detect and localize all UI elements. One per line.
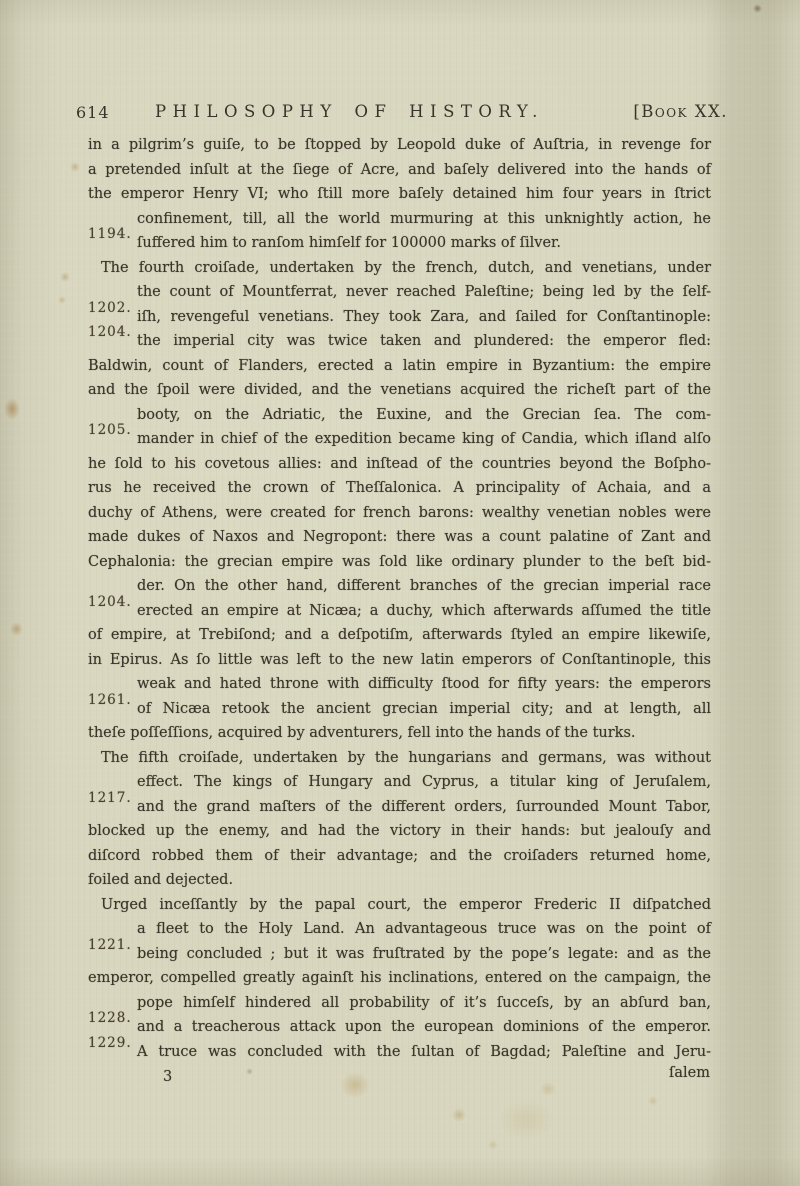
line-text: erected an empire at Nicæa; a duchy, whi… bbox=[137, 603, 711, 619]
margin-year: 1205. bbox=[88, 418, 132, 443]
margin-year: 1202. bbox=[88, 296, 132, 321]
line-text: the imperial city was twice taken and pl… bbox=[137, 333, 711, 349]
foxing-spot bbox=[753, 4, 762, 13]
foxing-spot bbox=[10, 622, 23, 636]
foxing-spot bbox=[452, 1108, 466, 1122]
foxing-spot bbox=[498, 1100, 554, 1140]
line-text: in a pilgrim’s guiſe, to be ſtopped by L… bbox=[88, 137, 711, 153]
text-line: Cephalonia: the grecian empire was ſold … bbox=[88, 550, 711, 575]
text-line: 1229. A truce was concluded with the ſul… bbox=[88, 1040, 711, 1065]
margin-year: 1261. bbox=[88, 688, 132, 713]
text-line: 1204. erected an empire at Nicæa; a duch… bbox=[88, 599, 711, 624]
text-line: diſcord robbed them of their advantage; … bbox=[88, 844, 711, 869]
line-text: The fourth croiſade, undertaken by the f… bbox=[101, 260, 711, 276]
line-text: a pretended inſult at the ſiege of Acre,… bbox=[88, 162, 711, 178]
text-line: he ſold to his covetous allies: and inſt… bbox=[88, 452, 711, 477]
line-text: of empire, at Trebiſond; and a deſpotiſm… bbox=[88, 627, 711, 643]
text-line: The fourth croiſade, undertaken by the f… bbox=[88, 256, 711, 281]
text-line: The fifth croiſade, undertaken by the hu… bbox=[88, 746, 711, 771]
line-text: of Nicæa retook the ancient grecian impe… bbox=[137, 701, 711, 717]
text-line: 1204. the imperial city was twice taken … bbox=[88, 329, 711, 354]
text-line: weak and hated throne with difficulty ſt… bbox=[88, 672, 711, 697]
text-line: a fleet to the Holy Land. An advantageou… bbox=[88, 917, 711, 942]
line-text: he ſold to his covetous allies: and inſt… bbox=[88, 456, 711, 472]
text-line: pope himſelf hindered all probability of… bbox=[88, 991, 711, 1016]
text-line: 1217. and the grand maſters of the diffe… bbox=[88, 795, 711, 820]
line-text: emperor, compelled greatly againſt his i… bbox=[88, 970, 711, 986]
line-text: booty, on the Adriatic, the Euxine, and … bbox=[137, 407, 711, 423]
text-line: a pretended inſult at the ſiege of Acre,… bbox=[88, 158, 711, 183]
line-text: ſuffered him to ranſom himſelf for 10000… bbox=[137, 235, 561, 251]
line-text: and a treacherous attack upon the europe… bbox=[137, 1019, 711, 1035]
line-text: pope himſelf hindered all probability of… bbox=[137, 995, 711, 1011]
foxing-spot bbox=[488, 1140, 498, 1150]
text-line: emperor, compelled greatly againſt his i… bbox=[88, 966, 711, 991]
foxing-spot bbox=[60, 272, 70, 282]
text-line: made dukes of Naxos and Negropont: there… bbox=[88, 525, 711, 550]
margin-year: 1221. bbox=[88, 933, 132, 958]
line-text: diſcord robbed them of their advantage; … bbox=[88, 848, 711, 864]
catchword: ſalem bbox=[669, 1061, 710, 1086]
signature-line: 3 ſalem bbox=[88, 1065, 711, 1090]
line-text: and the grand maſters of the different o… bbox=[137, 799, 711, 815]
text-line: Baldwin, count of Flanders, erected a la… bbox=[88, 354, 711, 379]
margin-year: 1204. bbox=[88, 320, 132, 345]
line-text: effect. The kings of Hungary and Cyprus,… bbox=[137, 774, 711, 790]
text-line: foiled and dejected. bbox=[88, 868, 711, 893]
text-line: blocked up the enemy, and had the victor… bbox=[88, 819, 711, 844]
line-text: Baldwin, count of Flanders, erected a la… bbox=[88, 358, 711, 374]
running-title: PHILOSOPHY OF HISTORY. bbox=[155, 102, 544, 121]
foxing-spot bbox=[4, 398, 20, 420]
text-line: 1205. mander in chief of the expedition … bbox=[88, 427, 711, 452]
line-text: blocked up the enemy, and had the victor… bbox=[88, 823, 711, 839]
line-text: the count of Mountferrat, never reached … bbox=[137, 284, 711, 300]
text-line: of empire, at Trebiſond; and a deſpotiſm… bbox=[88, 623, 711, 648]
line-text: in Epirus. As ſo little was left to the … bbox=[88, 652, 711, 668]
line-text: der. On the other hand, different branch… bbox=[137, 578, 711, 594]
text-line: Urged inceſſantly by the papal court, th… bbox=[88, 893, 711, 918]
text-line: duchy of Athens, were created for french… bbox=[88, 501, 711, 526]
text-line: 1261. of Nicæa retook the ancient grecia… bbox=[88, 697, 711, 722]
line-text: the emperor Henry VI; who ſtill more baſ… bbox=[88, 186, 711, 202]
line-text: weak and hated throne with difficulty ſt… bbox=[137, 676, 711, 692]
text-line: and the ſpoil were divided, and the vene… bbox=[88, 378, 711, 403]
text-line: in Epirus. As ſo little was left to the … bbox=[88, 648, 711, 673]
line-text: being concluded ; but it was fruſtrated … bbox=[137, 946, 711, 962]
signature-mark: 3 bbox=[163, 1065, 172, 1090]
line-text: made dukes of Naxos and Negropont: there… bbox=[88, 529, 711, 545]
line-text: Cephalonia: the grecian empire was ſold … bbox=[88, 554, 711, 570]
text-line: der. On the other hand, different branch… bbox=[88, 574, 711, 599]
margin-year: 1228. bbox=[88, 1006, 132, 1031]
line-text: A truce was concluded with the ſultan of… bbox=[137, 1044, 711, 1060]
text-line: theſe poſſeſſions, acquired by adventure… bbox=[88, 721, 711, 746]
text-line: the count of Mountferrat, never reached … bbox=[88, 280, 711, 305]
line-text: confinement, till, all the world murmuri… bbox=[137, 211, 711, 227]
line-text: mander in chief of the expedition became… bbox=[137, 431, 711, 447]
margin-year: 1217. bbox=[88, 786, 132, 811]
foxing-spot bbox=[58, 296, 66, 304]
margin-year: 1229. bbox=[88, 1031, 132, 1056]
margin-year: 1204. bbox=[88, 590, 132, 615]
line-text: theſe poſſeſſions, acquired by adventure… bbox=[88, 725, 636, 741]
line-text: iſh, revengeful venetians. They took Zar… bbox=[137, 309, 711, 325]
book-page-scan: 614 PHILOSOPHY OF HISTORY. [Book XX. in … bbox=[0, 0, 800, 1186]
body-text: in a pilgrim’s guiſe, to be ſtopped by L… bbox=[88, 133, 711, 1089]
text-line: 1202. iſh, revengeful venetians. They to… bbox=[88, 305, 711, 330]
line-text: Urged inceſſantly by the papal court, th… bbox=[101, 897, 711, 913]
line-text: The fifth croiſade, undertaken by the hu… bbox=[101, 750, 711, 766]
line-text: and the ſpoil were divided, and the vene… bbox=[88, 382, 711, 398]
text-line: 1228. and a treacherous attack upon the … bbox=[88, 1015, 711, 1040]
text-line: confinement, till, all the world murmuri… bbox=[88, 207, 711, 232]
running-header: 614 PHILOSOPHY OF HISTORY. [Book XX. bbox=[0, 101, 800, 127]
line-text: foiled and dejected. bbox=[88, 872, 233, 888]
text-line: in a pilgrim’s guiſe, to be ſtopped by L… bbox=[88, 133, 711, 158]
foxing-spot bbox=[648, 1096, 658, 1106]
line-text: a fleet to the Holy Land. An advantageou… bbox=[137, 921, 711, 937]
margin-year: 1194. bbox=[88, 222, 132, 247]
text-line: 1194. ſuffered him to ranſom himſelf for… bbox=[88, 231, 711, 256]
text-line: the emperor Henry VI; who ſtill more baſ… bbox=[88, 182, 711, 207]
foxing-spot bbox=[70, 162, 80, 172]
book-label: [Book XX. bbox=[633, 102, 728, 121]
line-text: rus he received the crown of Theſſalonic… bbox=[88, 480, 711, 496]
line-text: duchy of Athens, were created for french… bbox=[88, 505, 711, 521]
text-line: effect. The kings of Hungary and Cyprus,… bbox=[88, 770, 711, 795]
text-line: 1221. being concluded ; but it was fruſt… bbox=[88, 942, 711, 967]
text-line: booty, on the Adriatic, the Euxine, and … bbox=[88, 403, 711, 428]
page-number: 614 bbox=[76, 103, 110, 122]
text-line: rus he received the crown of Theſſalonic… bbox=[88, 476, 711, 501]
